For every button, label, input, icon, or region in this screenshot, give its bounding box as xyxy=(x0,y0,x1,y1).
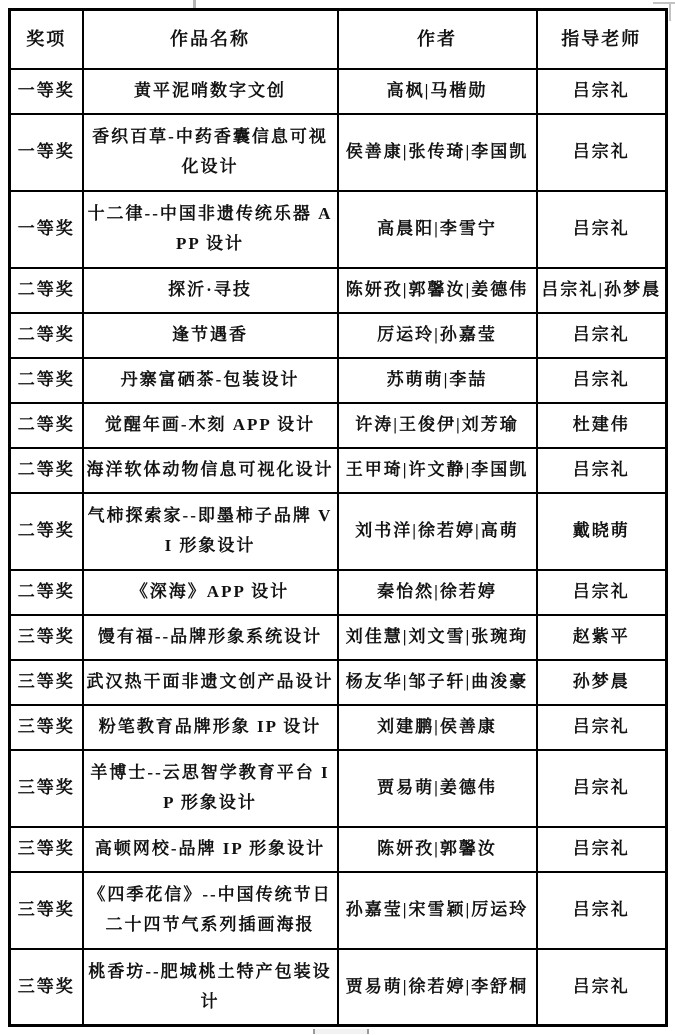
teacher-cell: 吕宗礼 xyxy=(537,313,667,358)
authors-cell: 刘建鹏|侯善康 xyxy=(338,705,537,750)
work-title-cell: 丹寨富硒茶-包装设计 xyxy=(83,358,338,403)
award-cell: 二等奖 xyxy=(10,358,83,403)
table-row: 三等奖 粉笔教育品牌形象 IP 设计 刘建鹏|侯善康 吕宗礼 xyxy=(10,705,667,750)
table-row: 二等奖 丹寨富硒茶-包装设计 苏萌萌|李喆 吕宗礼 xyxy=(10,358,667,403)
authors-cell: 高晨阳|李雪宁 xyxy=(338,191,537,268)
award-cell: 二等奖 xyxy=(10,313,83,358)
award-cell: 一等奖 xyxy=(10,114,83,191)
gridline-artifact-top-right-vertical xyxy=(669,2,671,21)
award-cell: 三等奖 xyxy=(10,615,83,660)
award-cell: 一等奖 xyxy=(10,69,83,114)
award-cell: 三等奖 xyxy=(10,949,83,1026)
teacher-cell: 吕宗礼 xyxy=(537,191,667,268)
authors-cell: 陈妍孜|郭馨汝|姜德伟 xyxy=(338,268,537,313)
work-title-cell: 觉醒年画-木刻 APP 设计 xyxy=(83,403,338,448)
authors-cell: 许涛|王俊伊|刘芳瑜 xyxy=(338,403,537,448)
teacher-cell: 吕宗礼 xyxy=(537,570,667,615)
award-cell: 二等奖 xyxy=(10,493,83,570)
award-cell: 三等奖 xyxy=(10,872,83,949)
column-header-authors: 作者 xyxy=(338,10,537,69)
work-title-cell: 羊博士--云思智学教育平台 IP 形象设计 xyxy=(83,750,338,827)
award-cell: 二等奖 xyxy=(10,268,83,313)
work-title-cell: 武汉热干面非遗文创产品设计 xyxy=(83,660,338,705)
authors-cell: 秦怡然|徐若婷 xyxy=(338,570,537,615)
work-title-cell: 海洋软体动物信息可视化设计 xyxy=(83,448,338,493)
table-row: 三等奖 武汉热干面非遗文创产品设计 杨友华|邹子轩|曲浚豪 孙梦晨 xyxy=(10,660,667,705)
awards-table: 奖项 作品名称 作者 指导老师 一等奖 黄平泥哨数字文创 高枫|马楷勋 吕宗礼 … xyxy=(8,8,668,1027)
award-cell: 二等奖 xyxy=(10,570,83,615)
header-row: 奖项 作品名称 作者 指导老师 xyxy=(10,10,667,69)
table-row: 三等奖 桃香坊--肥城桃土特产包装设计 贾易萌|徐若婷|李舒桐 吕宗礼 xyxy=(10,949,667,1026)
award-cell: 二等奖 xyxy=(10,448,83,493)
column-header-teacher: 指导老师 xyxy=(537,10,667,69)
work-title-cell: 逢节遇香 xyxy=(83,313,338,358)
table-row: 三等奖 羊博士--云思智学教育平台 IP 形象设计 贾易萌|姜德伟 吕宗礼 xyxy=(10,750,667,827)
work-title-cell: 黄平泥哨数字文创 xyxy=(83,69,338,114)
authors-cell: 杨友华|邹子轩|曲浚豪 xyxy=(338,660,537,705)
column-header-award: 奖项 xyxy=(10,10,83,69)
authors-cell: 陈妍孜|郭馨汝 xyxy=(338,827,537,872)
table-row: 一等奖 香织百草-中药香囊信息可视化设计 侯善康|张传琦|李国凯 吕宗礼 xyxy=(10,114,667,191)
authors-cell: 苏萌萌|李喆 xyxy=(338,358,537,403)
teacher-cell: 杜建伟 xyxy=(537,403,667,448)
authors-cell: 贾易萌|徐若婷|李舒桐 xyxy=(338,949,537,1026)
authors-cell: 孙嘉莹|宋雪颖|厉运玲 xyxy=(338,872,537,949)
work-title-cell: 探沂·寻技 xyxy=(83,268,338,313)
award-cell: 三等奖 xyxy=(10,827,83,872)
column-header-work: 作品名称 xyxy=(83,10,338,69)
teacher-cell: 吕宗礼 xyxy=(537,827,667,872)
work-title-cell: 香织百草-中药香囊信息可视化设计 xyxy=(83,114,338,191)
award-cell: 三等奖 xyxy=(10,750,83,827)
table-row: 一等奖 十二律--中国非遗传统乐器 APP 设计 高晨阳|李雪宁 吕宗礼 xyxy=(10,191,667,268)
work-title-cell: 高顿网校-品牌 IP 形象设计 xyxy=(83,827,338,872)
work-title-cell: 粉笔教育品牌形象 IP 设计 xyxy=(83,705,338,750)
work-title-cell: 十二律--中国非遗传统乐器 APP 设计 xyxy=(83,191,338,268)
document-page: 奖项 作品名称 作者 指导老师 一等奖 黄平泥哨数字文创 高枫|马楷勋 吕宗礼 … xyxy=(0,0,675,1035)
authors-cell: 贾易萌|姜德伟 xyxy=(338,750,537,827)
work-title-cell: 馒有福--品牌形象系统设计 xyxy=(83,615,338,660)
teacher-cell: 吕宗礼|孙梦晨 xyxy=(537,268,667,313)
work-title-cell: 《深海》APP 设计 xyxy=(83,570,338,615)
gridline-artifact-bottom xyxy=(313,1029,369,1034)
table-row: 二等奖 《深海》APP 设计 秦怡然|徐若婷 吕宗礼 xyxy=(10,570,667,615)
table-row: 二等奖 逢节遇香 厉运玲|孙嘉莹 吕宗礼 xyxy=(10,313,667,358)
authors-cell: 刘书洋|徐若婷|高萌 xyxy=(338,493,537,570)
work-title-cell: 气柿探索家--即墨柿子品牌 VI 形象设计 xyxy=(83,493,338,570)
award-cell: 一等奖 xyxy=(10,191,83,268)
teacher-cell: 吕宗礼 xyxy=(537,358,667,403)
teacher-cell: 赵紫平 xyxy=(537,615,667,660)
teacher-cell: 孙梦晨 xyxy=(537,660,667,705)
teacher-cell: 吕宗礼 xyxy=(537,114,667,191)
authors-cell: 侯善康|张传琦|李国凯 xyxy=(338,114,537,191)
award-cell: 二等奖 xyxy=(10,403,83,448)
authors-cell: 高枫|马楷勋 xyxy=(338,69,537,114)
teacher-cell: 吕宗礼 xyxy=(537,750,667,827)
authors-cell: 王甲琦|许文静|李国凯 xyxy=(338,448,537,493)
table-row: 三等奖 馒有福--品牌形象系统设计 刘佳慧|刘文雪|张琬珣 赵紫平 xyxy=(10,615,667,660)
table-row: 二等奖 气柿探索家--即墨柿子品牌 VI 形象设计 刘书洋|徐若婷|高萌 戴晓萌 xyxy=(10,493,667,570)
table-row: 二等奖 探沂·寻技 陈妍孜|郭馨汝|姜德伟 吕宗礼|孙梦晨 xyxy=(10,268,667,313)
gridline-artifact-top-right-horizontal xyxy=(653,2,675,4)
teacher-cell: 吕宗礼 xyxy=(537,872,667,949)
teacher-cell: 吕宗礼 xyxy=(537,949,667,1026)
table-row: 三等奖 高顿网校-品牌 IP 形象设计 陈妍孜|郭馨汝 吕宗礼 xyxy=(10,827,667,872)
teacher-cell: 吕宗礼 xyxy=(537,69,667,114)
authors-cell: 刘佳慧|刘文雪|张琬珣 xyxy=(338,615,537,660)
table-row: 三等奖 《四季花信》--中国传统节日二十四节气系列插画海报 孙嘉莹|宋雪颖|厉运… xyxy=(10,872,667,949)
table-body: 一等奖 黄平泥哨数字文创 高枫|马楷勋 吕宗礼 一等奖 香织百草-中药香囊信息可… xyxy=(10,69,667,1026)
teacher-cell: 吕宗礼 xyxy=(537,705,667,750)
gridline-artifact-top xyxy=(193,0,196,8)
table-row: 一等奖 黄平泥哨数字文创 高枫|马楷勋 吕宗礼 xyxy=(10,69,667,114)
table-row: 二等奖 觉醒年画-木刻 APP 设计 许涛|王俊伊|刘芳瑜 杜建伟 xyxy=(10,403,667,448)
work-title-cell: 《四季花信》--中国传统节日二十四节气系列插画海报 xyxy=(83,872,338,949)
table-row: 二等奖 海洋软体动物信息可视化设计 王甲琦|许文静|李国凯 吕宗礼 xyxy=(10,448,667,493)
teacher-cell: 吕宗礼 xyxy=(537,448,667,493)
award-cell: 三等奖 xyxy=(10,660,83,705)
teacher-cell: 戴晓萌 xyxy=(537,493,667,570)
authors-cell: 厉运玲|孙嘉莹 xyxy=(338,313,537,358)
work-title-cell: 桃香坊--肥城桃土特产包装设计 xyxy=(83,949,338,1026)
award-cell: 三等奖 xyxy=(10,705,83,750)
